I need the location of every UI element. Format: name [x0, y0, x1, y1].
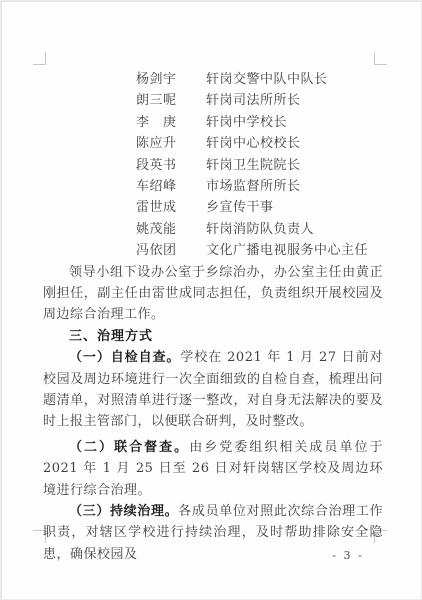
person-title: 轩岗交警中队中队长 — [206, 69, 383, 90]
roster-row: 陈应升 轩岗中心校校长 — [43, 133, 383, 154]
person-title: 轩岗中学校长 — [206, 112, 383, 133]
person-title: 市场监督所所长 — [206, 176, 383, 197]
paragraph-lead: （二）联合督查。 — [69, 440, 189, 455]
roster-row: 姚茂能 轩岗消防队负责人 — [43, 219, 383, 240]
paragraph-lead: （一）自检自查。 — [69, 350, 180, 365]
roster-row: 段英书 轩岗卫生院院长 — [43, 155, 383, 176]
roster-row: 车绍峰 市场监督所所长 — [43, 176, 383, 197]
person-name: 段英书 — [136, 155, 206, 176]
roster-row: 杨剑宇 轩岗交警中队中队长 — [43, 69, 383, 90]
page-number: - 3 - — [323, 549, 373, 562]
person-title: 轩岗中心校校长 — [206, 133, 383, 154]
document-page: 杨剑宇 轩岗交警中队中队长 朗三呢 轩岗司法所所长 李 庚 轩岗中学校长 陈应升… — [0, 0, 422, 600]
paragraph-joint-supervision: （二）联合督查。由乡党委组织相关成员单位于 2021 年 1 月 25 日至 2… — [43, 437, 383, 501]
paragraph-lead: （三）持续治理。 — [69, 504, 178, 519]
person-name: 姚茂能 — [136, 219, 206, 240]
document-body: 杨剑宇 轩岗交警中队中队长 朗三呢 轩岗司法所所长 李 庚 轩岗中学校长 陈应升… — [43, 69, 383, 565]
person-name: 雷世成 — [136, 197, 206, 218]
person-name: 李 庚 — [136, 112, 206, 133]
roster-row: 雷世成 乡宣传干事 — [43, 197, 383, 218]
section-heading-governance-methods: 三、治理方式 — [43, 326, 383, 347]
person-title: 轩岗司法所所长 — [206, 90, 383, 111]
office-assignment-paragraph: 领导小组下设办公室于乡综治办，办公室主任由黄正刚担任，副主任由雷世成同志担任，负… — [43, 262, 383, 326]
text-boundary-corner-top-left — [33, 52, 46, 65]
roster-row: 朗三呢 轩岗司法所所长 — [43, 90, 383, 111]
paragraph-self-inspection: （一）自检自查。学校在 2021 年 1 月 27 日前对校园及周边环境进行一次… — [43, 347, 383, 433]
person-name: 车绍峰 — [136, 176, 206, 197]
roster-row: 李 庚 轩岗中学校长 — [43, 112, 383, 133]
text-boundary-corner-top-right — [374, 52, 387, 65]
person-name: 朗三呢 — [136, 90, 206, 111]
person-name: 陈应升 — [136, 133, 206, 154]
person-name: 冯依团 — [136, 240, 206, 261]
person-title: 轩岗卫生院院长 — [206, 155, 383, 176]
person-title: 文化广播电视服务中心主任 — [206, 240, 383, 261]
person-title: 乡宣传干事 — [206, 197, 383, 218]
person-name: 杨剑宇 — [136, 69, 206, 90]
roster-row: 冯依团 文化广播电视服务中心主任 — [43, 240, 383, 261]
person-title: 轩岗消防队负责人 — [206, 219, 383, 240]
